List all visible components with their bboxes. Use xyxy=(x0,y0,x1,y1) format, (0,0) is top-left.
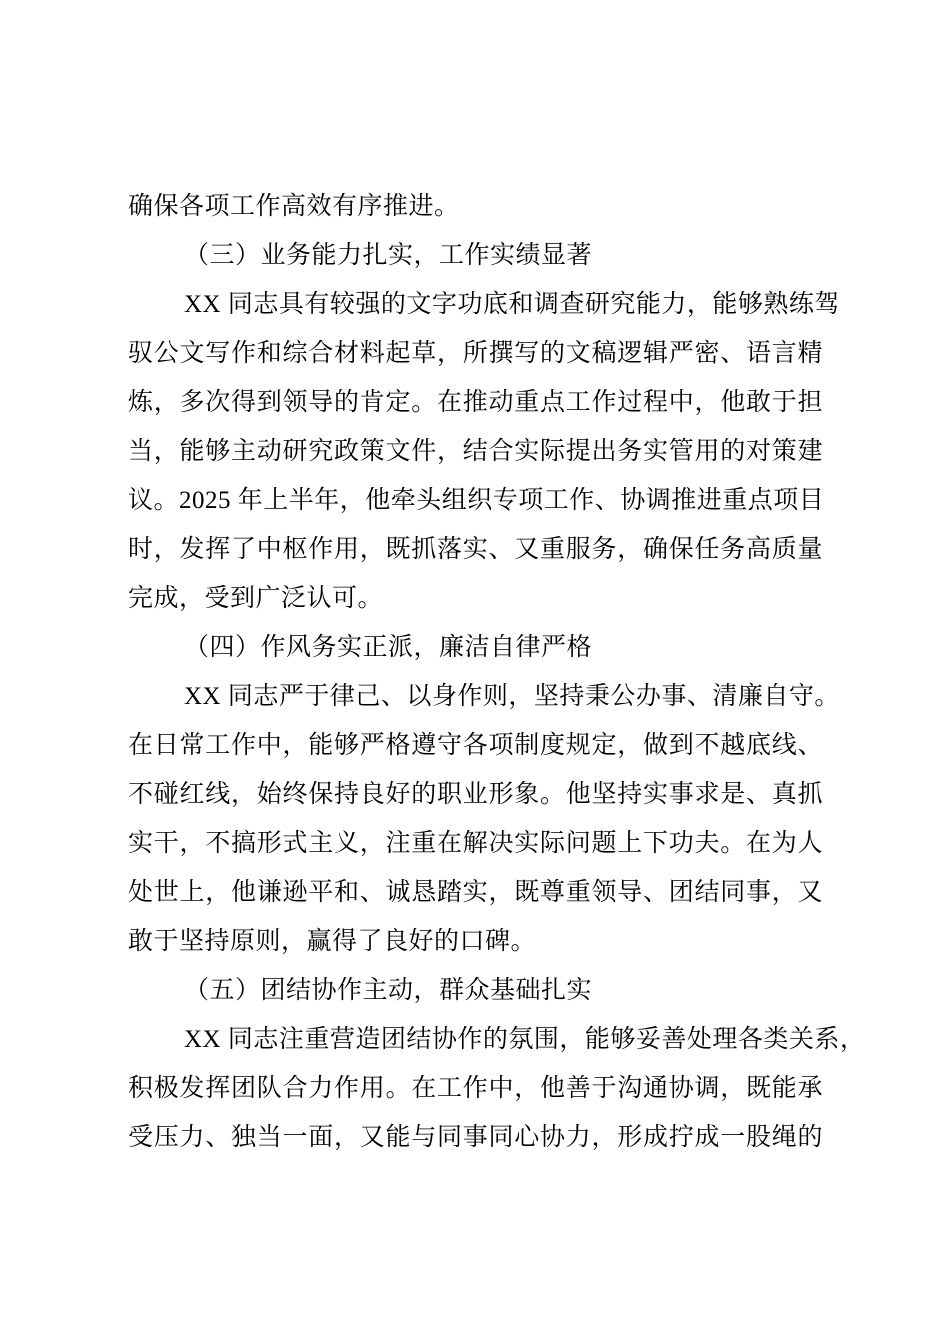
text-line: 驭公文写作和综合材料起草，所撰写的文稿逻辑严密、语言精 xyxy=(128,329,823,378)
paragraph-section-three: XX 同志具有较强的文字功底和调查研究能力，能够熟练驾 驭公文写作和综合材料起草… xyxy=(128,280,823,623)
text-line: 敢于坚持原则，赢得了良好的口碑。 xyxy=(128,917,823,966)
text-line: 处世上，他谦逊平和、诚恳踏实，既尊重领导、团结同事，又 xyxy=(128,868,823,917)
text-line: 完成，受到广泛认可。 xyxy=(128,574,823,623)
document-body: 确保各项工作高效有序推进。 （三）业务能力扎实，工作实绩显著 XX 同志具有较强… xyxy=(128,182,823,1162)
text-line: 积极发挥团队合力作用。在工作中，他善于沟通协调，既能承 xyxy=(128,1064,823,1113)
section-heading-four: （四）作风务实正派，廉洁自律严格 xyxy=(128,623,823,672)
paragraph-section-four: XX 同志严于律己、以身作则，坚持秉公办事、清廉自守。 在日常工作中，能够严格遵… xyxy=(128,672,823,966)
document-page: 确保各项工作高效有序推进。 （三）业务能力扎实，工作实绩显著 XX 同志具有较强… xyxy=(0,0,950,1344)
text-line: 不碰红线，始终保持良好的职业形象。他坚持实事求是、真抓 xyxy=(128,770,823,819)
heading-line: （五）团结协作主动，群众基础扎实 xyxy=(128,966,823,1015)
text-line: XX 同志具有较强的文字功底和调查研究能力，能够熟练驾 xyxy=(128,280,823,329)
text-line: 时，发挥了中枢作用，既抓落实、又重服务，确保任务高质量 xyxy=(128,525,823,574)
section-heading-five: （五）团结协作主动，群众基础扎实 xyxy=(128,966,823,1015)
text-line: 议。2025 年上半年，他牵头组织专项工作、协调推进重点项目 xyxy=(128,476,823,525)
text-line: 当，能够主动研究政策文件，结合实际提出务实管用的对策建 xyxy=(128,427,823,476)
section-heading-three: （三）业务能力扎实，工作实绩显著 xyxy=(128,231,823,280)
paragraph-continuation: 确保各项工作高效有序推进。 xyxy=(128,182,823,231)
text-line: XX 同志严于律己、以身作则，坚持秉公办事、清廉自守。 xyxy=(128,672,823,721)
text-line: 炼，多次得到领导的肯定。在推动重点工作过程中，他敢于担 xyxy=(128,378,823,427)
text-line: XX 同志注重营造团结协作的氛围，能够妥善处理各类关系， xyxy=(128,1015,823,1064)
text-line: 受压力、独当一面，又能与同事同心协力，形成拧成一股绳的 xyxy=(128,1113,823,1162)
paragraph-section-five: XX 同志注重营造团结协作的氛围，能够妥善处理各类关系， 积极发挥团队合力作用。… xyxy=(128,1015,823,1162)
heading-line: （四）作风务实正派，廉洁自律严格 xyxy=(128,623,823,672)
text-line: 在日常工作中，能够严格遵守各项制度规定，做到不越底线、 xyxy=(128,721,823,770)
text-line: 确保各项工作高效有序推进。 xyxy=(128,182,823,231)
heading-line: （三）业务能力扎实，工作实绩显著 xyxy=(128,231,823,280)
text-line: 实干，不搞形式主义，注重在解决实际问题上下功夫。在为人 xyxy=(128,819,823,868)
